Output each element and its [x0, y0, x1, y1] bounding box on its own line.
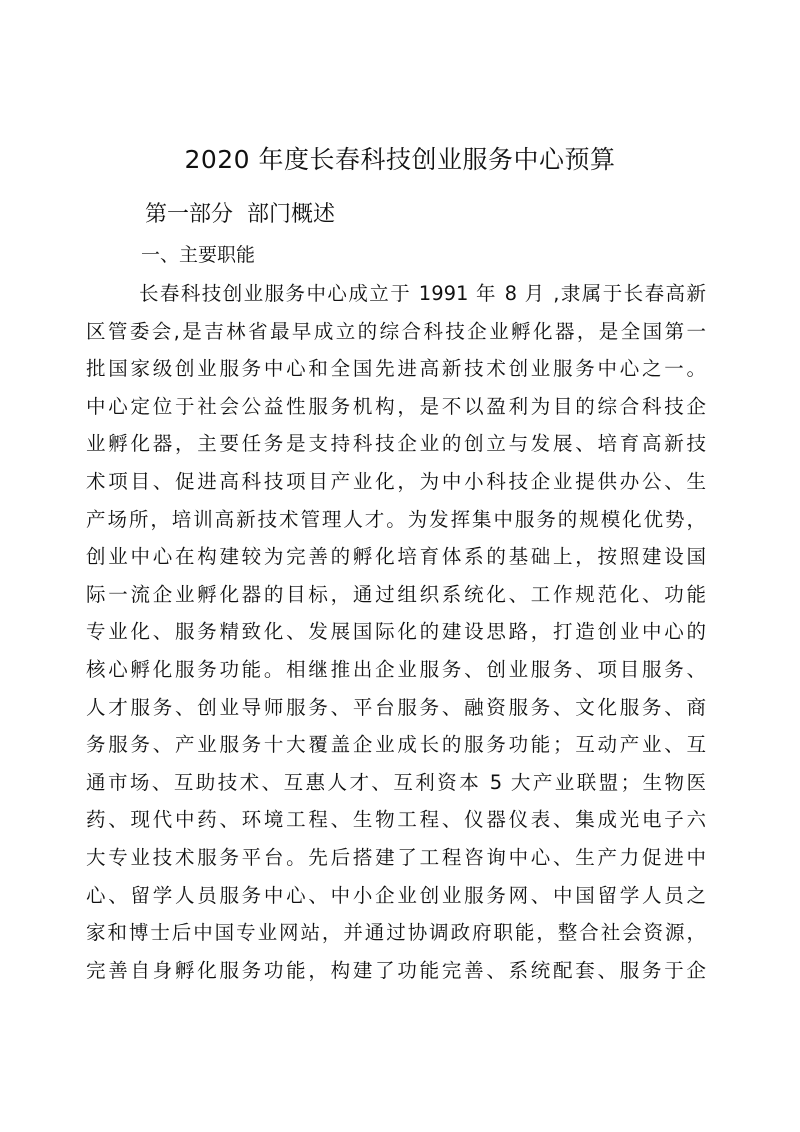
paragraph-line: 通市场、互助技术、互惠人才、互利资本 5 大产业联盟；生物医: [86, 764, 706, 802]
paragraph-line: 创业中心在构建较为完善的孵化培育体系的基础上，按照建设国: [86, 538, 706, 576]
document-page: 2020 年度长春科技创业服务中心预算 第一部分 部门概述 一、主要职能 长春科…: [0, 0, 800, 1132]
paragraph-line: 业孵化器，主要任务是支持科技企业的创立与发展、培育高新技: [86, 425, 706, 463]
section-heading: 一、主要职能: [141, 240, 255, 270]
paragraph-line: 人才服务、创业导师服务、平台服务、融资服务、文化服务、商: [86, 689, 706, 727]
paragraph-line: 区管委会,是吉林省最早成立的综合科技企业孵化器，是全国第一: [86, 313, 706, 351]
paragraph-line: 产场所，培训高新技术管理人才。为发挥集中服务的规模化优势，: [86, 501, 706, 539]
body-paragraph: 长春科技创业服务中心成立于 1991 年 8 月 ,隶属于长春高新 区管委会,是…: [86, 275, 706, 989]
paragraph-line: 术项目、促进高科技项目产业化，为中小科技企业提供办公、生: [86, 463, 706, 501]
paragraph-line: 核心孵化服务功能。相继推出企业服务、创业服务、项目服务、: [86, 651, 706, 689]
part-heading: 第一部分 部门概述: [145, 199, 335, 231]
paragraph-line: 际一流企业孵化器的目标，通过组织系统化、工作规范化、功能: [86, 576, 706, 614]
document-title: 2020 年度长春科技创业服务中心预算: [0, 142, 800, 178]
paragraph-line: 长春科技创业服务中心成立于 1991 年 8 月 ,隶属于长春高新: [86, 275, 706, 313]
paragraph-line: 心、留学人员服务中心、中小企业创业服务网、中国留学人员之: [86, 877, 706, 915]
paragraph-line: 务服务、产业服务十大覆盖企业成长的服务功能；互动产业、互: [86, 726, 706, 764]
paragraph-line: 大专业技术服务平台。先后搭建了工程咨询中心、生产力促进中: [86, 839, 706, 877]
paragraph-line: 药、现代中药、环境工程、生物工程、仪器仪表、集成光电子六: [86, 801, 706, 839]
paragraph-line: 家和博士后中国专业网站，并通过协调政府职能，整合社会资源，: [86, 914, 706, 952]
paragraph-line: 完善自身孵化服务功能，构建了功能完善、系统配套、服务于企: [86, 952, 706, 990]
paragraph-line: 中心定位于社会公益性服务机构，是不以盈利为目的综合科技企: [86, 388, 706, 426]
paragraph-line: 批国家级创业服务中心和全国先进高新技术创业服务中心之一。: [86, 350, 706, 388]
paragraph-line: 专业化、服务精致化、发展国际化的建设思路，打造创业中心的: [86, 613, 706, 651]
